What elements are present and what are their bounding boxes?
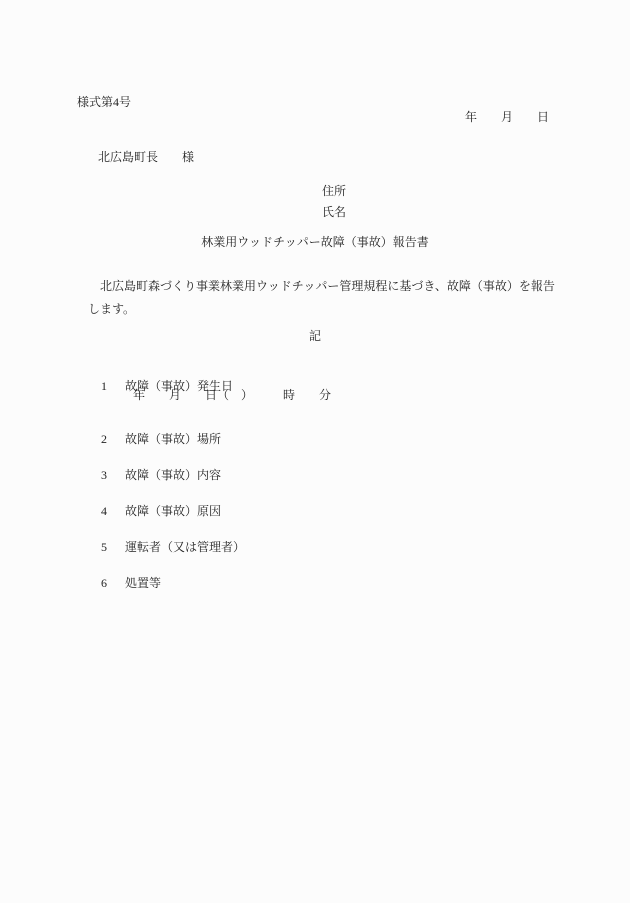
item-number: 2 — [101, 433, 125, 445]
report-date-line: 年 月 日 — [465, 111, 549, 123]
item-label: 故障（事故）内容 — [125, 468, 221, 482]
item-details: 3故障（事故）内容 — [89, 457, 221, 493]
addressee-line: 北広島町長 様 — [98, 151, 194, 163]
item-number: 6 — [101, 577, 125, 589]
sender-address-label: 住所 — [322, 185, 346, 197]
report-form-page: 様式第4号 年 月 日 北広島町長 様 住所 氏名 林業用ウッドチッパー故障（事… — [0, 0, 630, 903]
item-label: 故障（事故）原因 — [125, 504, 221, 518]
item-label: 故障（事故）場所 — [125, 432, 221, 446]
item-number: 3 — [101, 469, 125, 481]
item-number: 5 — [101, 541, 125, 553]
item-number: 1 — [101, 380, 125, 392]
item-label: 運転者（又は管理者） — [125, 540, 245, 554]
item-cause: 4故障（事故）原因 — [89, 493, 221, 529]
item-measures: 6処置等 — [89, 565, 161, 601]
item-occurrence-date-fields: 年 月 日（ ） 時 分 — [133, 389, 331, 401]
form-number: 様式第4号 — [77, 96, 131, 108]
record-marker: 記 — [0, 330, 630, 342]
document-title: 林業用ウッドチッパー故障（事故）報告書 — [0, 236, 630, 248]
item-number: 4 — [101, 505, 125, 517]
body-paragraph: 北広島町森づくり事業林業用ウッドチッパー管理規程に基づき、故障（事故）を報告 し… — [88, 275, 558, 321]
sender-name-label: 氏名 — [322, 206, 346, 218]
item-location: 2故障（事故）場所 — [89, 421, 221, 457]
item-label: 処置等 — [125, 576, 161, 590]
item-operator: 5運転者（又は管理者） — [89, 529, 245, 565]
